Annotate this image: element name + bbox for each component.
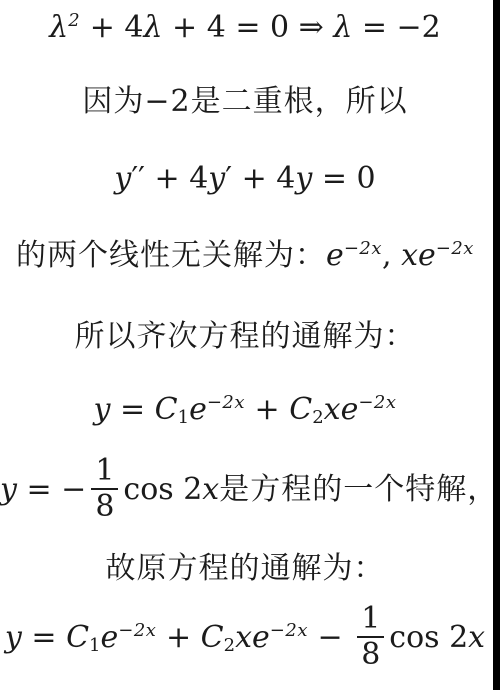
math-segment: 故原方程的通解为： <box>106 551 385 586</box>
math-segment: = 0 <box>312 161 375 196</box>
math-segment: x <box>468 620 485 655</box>
math-segment: 1 <box>89 635 100 656</box>
math-segment: −2x <box>358 392 396 413</box>
characteristic-equation-line: λ2 + 4λ + 4 = 0 ⇒ λ = −2 <box>0 10 490 46</box>
math-segment: C <box>201 620 224 655</box>
math-segment: xe <box>324 392 359 427</box>
homogeneous-ode-line: y′′ + 4y′ + 4y = 0 <box>0 161 490 197</box>
math-segment: , <box>382 238 401 273</box>
math-segment: y <box>0 472 17 507</box>
math-segment: y <box>5 620 22 655</box>
math-segment: = <box>110 392 154 427</box>
math-segment: e <box>326 238 344 273</box>
original-general-solution-line: y = C1e−2x + C2xe−2x − 18cos 2x <box>0 606 490 672</box>
math-segment: −2x <box>344 238 382 259</box>
fraction-denominator: 8 <box>91 492 118 522</box>
math-segment: xe <box>235 620 270 655</box>
fraction-numerator: 1 <box>357 604 384 634</box>
math-segment: xe <box>401 238 436 273</box>
fraction: 18 <box>91 456 118 522</box>
particular-solution-line: y = −18cos 2x是方程的一个特解， <box>0 458 490 524</box>
math-segment: C <box>66 620 89 655</box>
right-edge-bar <box>493 0 500 690</box>
math-segment: ′′ + 4 <box>131 161 208 196</box>
math-segment: −2x <box>207 392 245 413</box>
math-segment: = −2 <box>352 10 440 45</box>
math-segment: C <box>155 392 178 427</box>
math-segment: 1 <box>178 407 189 428</box>
math-segment: + <box>156 620 200 655</box>
math-segment: y <box>93 392 110 427</box>
math-segment: + 4 = 0 ⇒ <box>163 10 334 45</box>
math-segment: e <box>101 620 119 655</box>
math-segment: 2 <box>224 635 235 656</box>
math-segment: 是方程的一个特解， <box>219 472 498 507</box>
math-segment: ′ + 4 <box>225 161 295 196</box>
math-segment: 2 <box>68 10 80 31</box>
math-segment: y <box>114 161 131 196</box>
double-root-statement-line: 因为−2是二重根，所以 <box>0 84 490 120</box>
fraction: 18 <box>357 604 384 670</box>
original-general-solution-label-line: 故原方程的通解为： <box>0 551 490 587</box>
fraction-numerator: 1 <box>91 456 118 486</box>
math-segment: = − <box>17 472 86 507</box>
math-solution-page: λ2 + 4λ + 4 = 0 ⇒ λ = −2 因为−2是二重根，所以 y′′… <box>0 0 500 690</box>
math-segment: C <box>289 392 312 427</box>
math-segment: λ <box>143 10 162 45</box>
math-segment: cos 2 <box>123 472 202 507</box>
homogeneous-general-solution-line: y = C1e−2x + C2xe−2x <box>0 392 490 429</box>
homogeneous-general-solution-label-line: 所以齐次方程的通解为： <box>0 319 490 355</box>
math-segment: y <box>208 161 225 196</box>
math-segment: + 4 <box>80 10 143 45</box>
math-segment: 因为−2是二重根，所以 <box>82 84 407 119</box>
math-segment: 2 <box>312 407 323 428</box>
math-segment: cos 2 <box>389 620 468 655</box>
fraction-denominator: 8 <box>357 640 384 670</box>
math-segment: −2x <box>118 620 156 641</box>
math-segment: λ <box>333 10 352 45</box>
math-segment: x <box>202 472 219 507</box>
math-segment: 的两个线性无关解为： <box>16 238 326 273</box>
math-segment: − <box>308 620 352 655</box>
math-segment: λ <box>49 10 68 45</box>
math-segment: 所以齐次方程的通解为： <box>75 319 416 354</box>
math-segment: + <box>245 392 289 427</box>
math-segment: e <box>189 392 207 427</box>
independent-solutions-line: 的两个线性无关解为：e−2x, xe−2x <box>0 238 490 274</box>
math-segment: −2x <box>270 620 308 641</box>
math-segment: = <box>22 620 66 655</box>
math-segment: y <box>295 161 312 196</box>
math-segment: −2x <box>436 238 474 259</box>
